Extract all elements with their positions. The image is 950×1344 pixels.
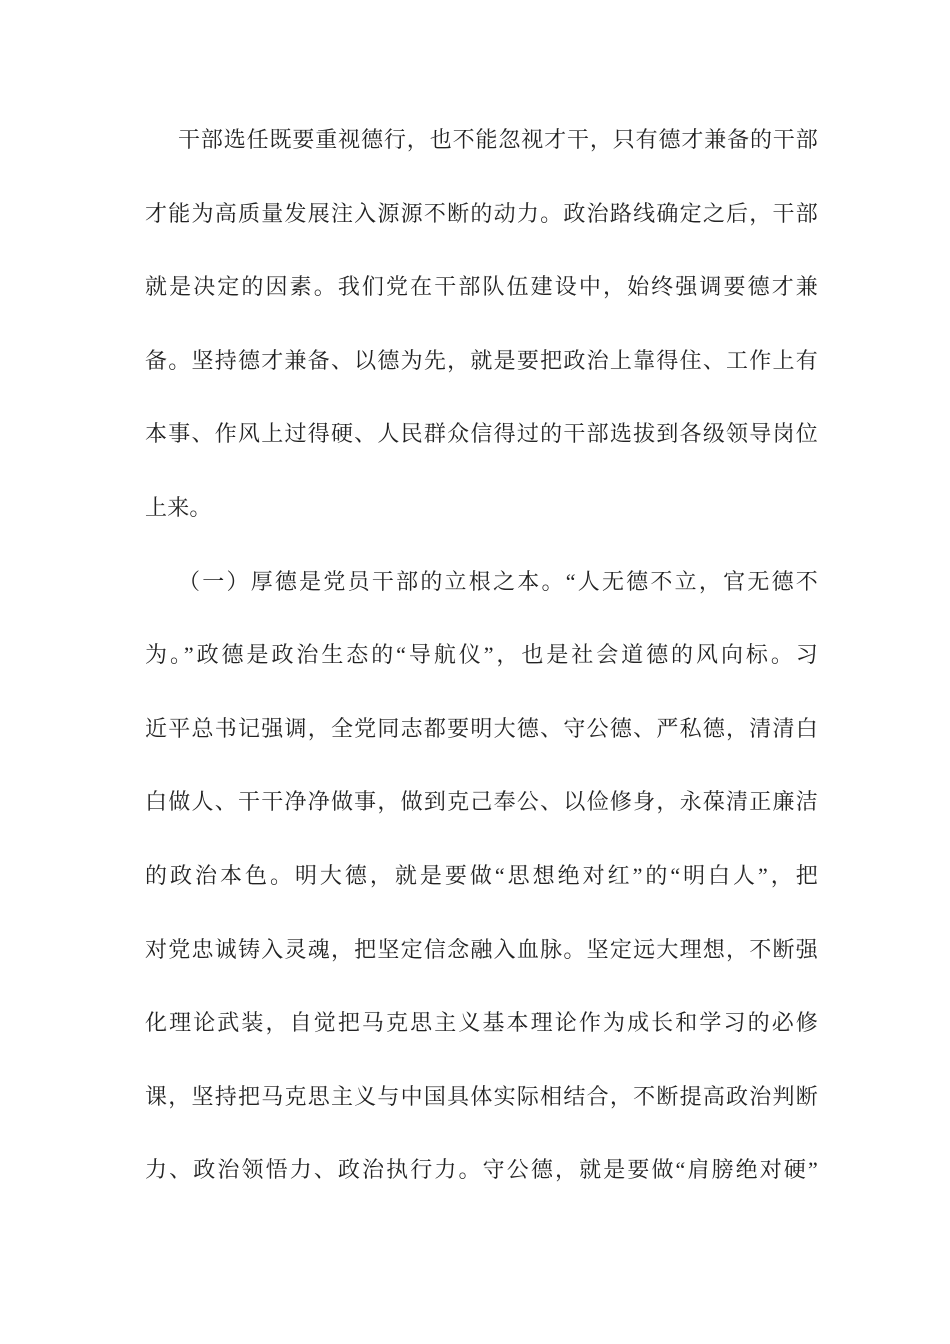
paragraph-2-line-2: 为。”政德是政治生态的“导航仪”，也是社会道德的风向标。习: [145, 618, 818, 692]
paragraph-1-line-1: 干部选任既要重视德行，也不能忽视才干，只有德才兼备的干部: [145, 103, 818, 177]
paragraph-2-line-8: 课，坚持把马克思主义与中国具体实际相结合，不断提高政治判断: [145, 1060, 818, 1134]
paragraph-2-line-7: 化理论武装，自觉把马克思主义基本理论作为成长和学习的必修: [145, 986, 818, 1060]
paragraph-1-line-2: 才能为高质量发展注入源源不断的动力。政治路线确定之后，干部: [145, 177, 818, 251]
document-page: 干部选任既要重视德行，也不能忽视才干，只有德才兼备的干部 才能为高质量发展注入源…: [0, 0, 950, 1344]
paragraph-2-line-5: 的政治本色。明大德，就是要做“思想绝对红”的“明白人”，把: [145, 839, 818, 913]
paragraph-2-line-6: 对党忠诚铸入灵魂，把坚定信念融入血脉。坚定远大理想，不断强: [145, 913, 818, 987]
paragraph-2-line-1: （一）厚德是党员干部的立根之本。“人无德不立，官无德不: [145, 545, 818, 619]
paragraph-2-line-9: 力、政治领悟力、政治执行力。守公德，就是要做“肩膀绝对硬”: [145, 1133, 818, 1207]
paragraph-1-line-5: 本事、作风上过得硬、人民群众信得过的干部选拔到各级领导岗位: [145, 397, 818, 471]
paragraph-1-line-3: 就是决定的因素。我们党在干部队伍建设中，始终强调要德才兼: [145, 250, 818, 324]
document-body-text: 干部选任既要重视德行，也不能忽视才干，只有德才兼备的干部 才能为高质量发展注入源…: [145, 103, 818, 1207]
paragraph-1-line-6: 上来。: [145, 471, 818, 545]
paragraph-2-line-3: 近平总书记强调，全党同志都要明大德、守公德、严私德，清清白: [145, 692, 818, 766]
paragraph-2-line-4: 白做人、干干净净做事，做到克己奉公、以俭修身，永葆清正廉洁: [145, 765, 818, 839]
paragraph-1-line-4: 备。坚持德才兼备、以德为先，就是要把政治上靠得住、工作上有: [145, 324, 818, 398]
